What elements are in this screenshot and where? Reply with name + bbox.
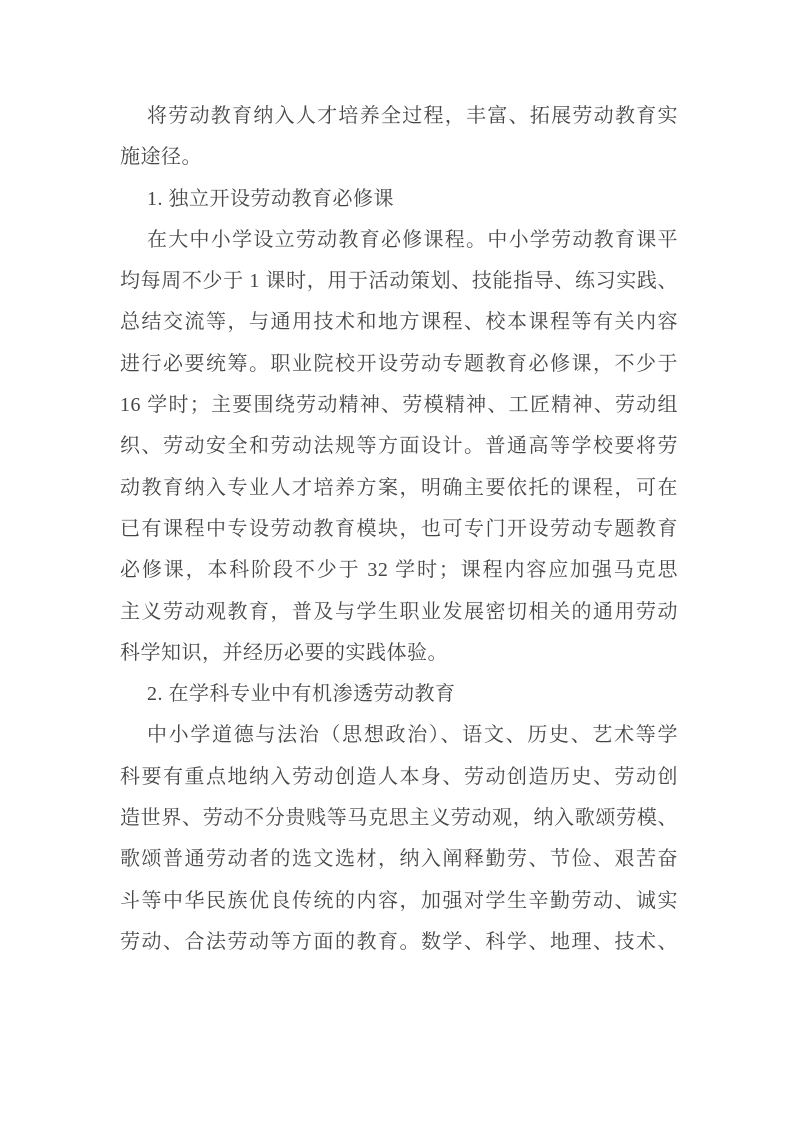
text-line: 歌颂普通劳动者的选文选材，纳入阐释勤劳、节俭、艰苦奋 xyxy=(120,839,678,880)
text-line: 织、劳动安全和劳动法规等方面设计。普通高等学校要将劳 xyxy=(120,426,678,467)
text-line: 总结交流等，与通用技术和地方课程、校本课程等有关内容 xyxy=(120,302,678,343)
text-line: 造世界、劳动不分贵贱等马克思主义劳动观，纳入歌颂劳模、 xyxy=(120,798,678,839)
text-line: 动教育纳入专业人才培养方案，明确主要依托的课程，可在 xyxy=(120,468,678,509)
text-line: 必修课，本科阶段不少于 32 学时；课程内容应加强马克思 xyxy=(120,550,678,591)
text-line: 科要有重点地纳入劳动创造人本身、劳动创造历史、劳动创 xyxy=(120,757,678,798)
document-body-text: 将劳动教育纳入人才培养全过程，丰富、拓展劳动教育实施途径。1. 独立开设劳动教育… xyxy=(120,96,678,963)
text-line: 斗等中华民族优良传统的内容，加强对学生辛勤劳动、诚实 xyxy=(120,881,678,922)
text-line: 进行必要统筹。职业院校开设劳动专题教育必修课，不少于 xyxy=(120,344,678,385)
text-line: 劳动、合法劳动等方面的教育。数学、科学、地理、技术、 xyxy=(120,922,678,963)
text-line: 16 学时；主要围绕劳动精神、劳模精神、工匠精神、劳动组 xyxy=(120,385,678,426)
section-heading-line: 2. 在学科专业中有机渗透劳动教育 xyxy=(120,674,678,715)
section-heading-line: 1. 独立开设劳动教育必修课 xyxy=(120,179,678,220)
text-line: 将劳动教育纳入人才培养全过程，丰富、拓展劳动教育实 xyxy=(120,96,678,137)
text-line: 主义劳动观教育，普及与学生职业发展密切相关的通用劳动 xyxy=(120,592,678,633)
text-line: 科学知识，并经历必要的实践体验。 xyxy=(120,633,678,674)
text-line: 已有课程中专设劳动教育模块，也可专门开设劳动专题教育 xyxy=(120,509,678,550)
text-line: 在大中小学设立劳动教育必修课程。中小学劳动教育课平 xyxy=(120,220,678,261)
text-line: 中小学道德与法治（思想政治）、语文、历史、艺术等学 xyxy=(120,715,678,756)
text-line: 施途径。 xyxy=(120,137,678,178)
text-line: 均每周不少于 1 课时，用于活动策划、技能指导、练习实践、 xyxy=(120,261,678,302)
document-page: 将劳动教育纳入人才培养全过程，丰富、拓展劳动教育实施途径。1. 独立开设劳动教育… xyxy=(0,0,793,1122)
